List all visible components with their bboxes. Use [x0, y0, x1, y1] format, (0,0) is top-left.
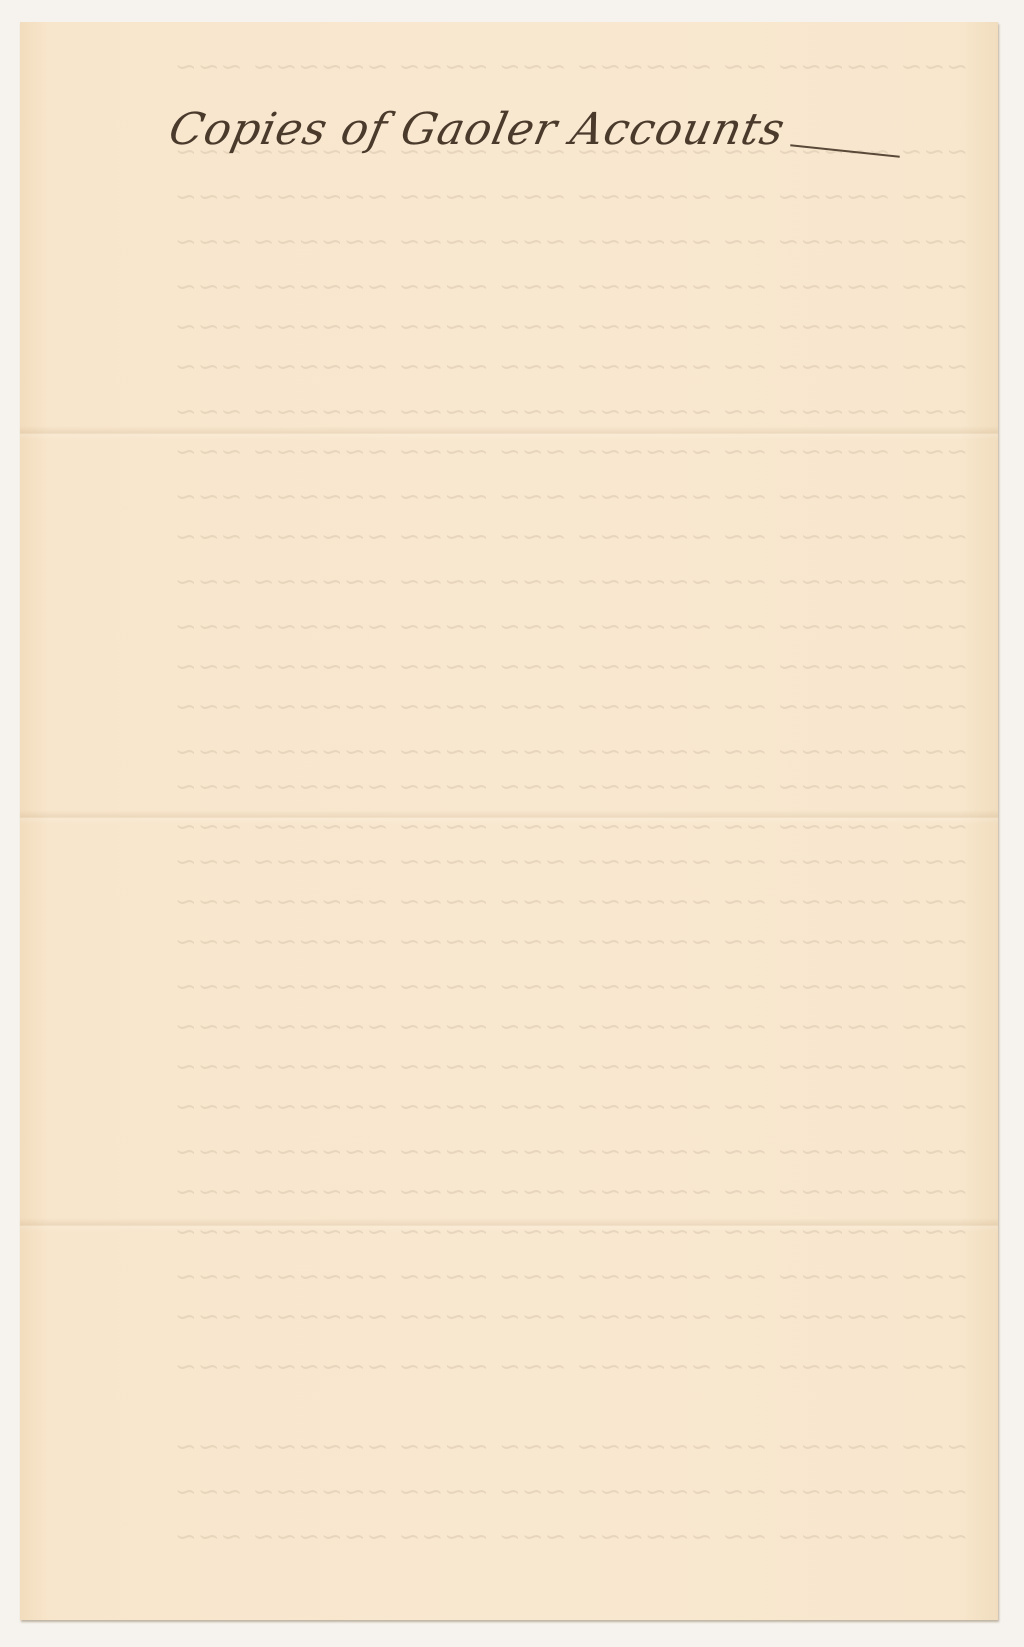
- fold-line: [20, 426, 998, 440]
- manuscript-page: ~~~ ~~~~~ ~~ ~~~~~~ ~~~ ~~~~ ~~~~~~ ~~~~…: [20, 22, 998, 1620]
- fold-line: [20, 810, 998, 824]
- fold-line: [20, 1218, 998, 1232]
- document-title: Copies of Gaoler Accounts: [165, 104, 790, 155]
- title-flourish: [790, 144, 900, 157]
